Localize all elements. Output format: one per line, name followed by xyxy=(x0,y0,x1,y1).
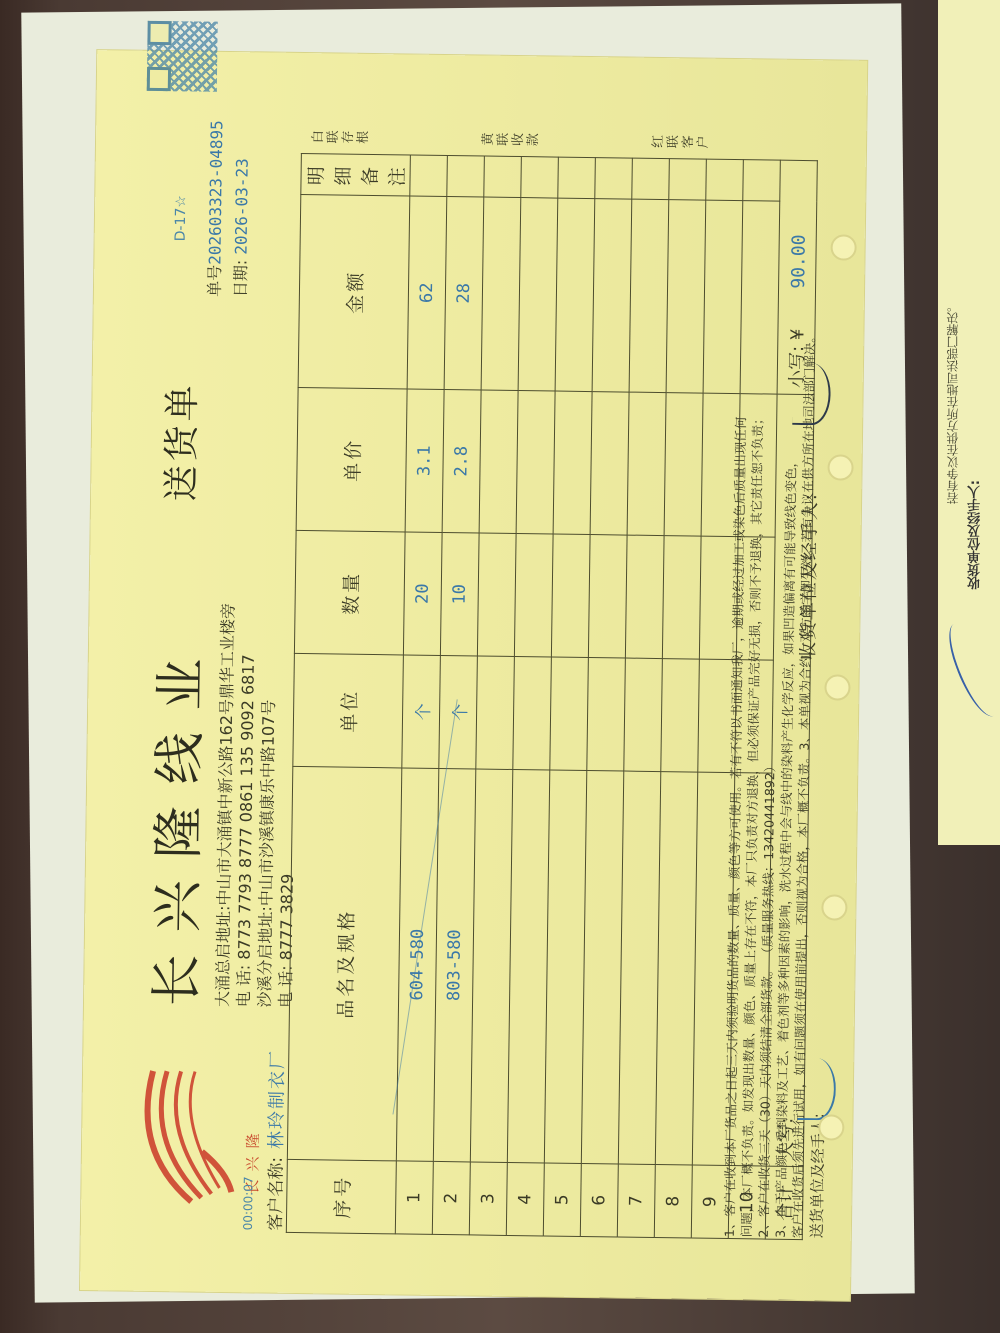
cell-price xyxy=(627,392,666,536)
cell-note xyxy=(410,155,448,197)
cell-price xyxy=(664,393,703,537)
header-unit: 单位 xyxy=(293,653,404,768)
adjacent-slip-terms: 若有争议在供方所在地司法部门解决。 xyxy=(944,300,964,504)
cell-unit xyxy=(587,658,626,772)
customer-value: 林玲制衣厂 xyxy=(266,1049,288,1149)
company-name: 长兴隆线业 xyxy=(134,636,214,1007)
cell-amount xyxy=(666,200,706,393)
cell-price: 2.8 xyxy=(442,389,481,533)
cell-unit xyxy=(476,656,515,770)
cell-seq: 8 xyxy=(654,1165,692,1239)
cell-amount xyxy=(555,198,595,391)
cell-amount: 28 xyxy=(444,197,484,390)
cell-name: 803-580 xyxy=(433,768,475,1161)
cell-amount xyxy=(592,199,632,392)
receiver-signature-label: 收货单位及经手人: xyxy=(794,492,822,660)
cell-name xyxy=(507,769,549,1162)
copy-label-red: 红联客户 xyxy=(651,134,711,149)
cell-seq: 2 xyxy=(432,1161,470,1235)
header-price: 单价 xyxy=(296,387,407,532)
hole-icon xyxy=(821,894,847,920)
cell-qty xyxy=(551,534,590,658)
table-header-row: 序号 品名及规格 单位 数量 单价 金额 明细备注 xyxy=(286,153,410,1233)
company-address-block: 大涌总启地址:中山市大涌镇中新公路162号鼎华工业楼旁 电 话: 8773 77… xyxy=(212,603,302,1008)
copy-label-white: 白联存根 xyxy=(311,129,371,144)
date-label: 日期: xyxy=(231,260,251,298)
customer-code: 00:00:07 xyxy=(241,1176,256,1230)
cell-price xyxy=(590,392,629,536)
cell-unit xyxy=(624,658,663,772)
cell-qty xyxy=(477,533,516,657)
cell-unit xyxy=(513,657,552,771)
header-note: 明细备注 xyxy=(301,153,411,196)
branch-address-label: 沙溪分启地址: xyxy=(255,906,275,1008)
cell-note xyxy=(632,158,670,200)
cell-name xyxy=(581,771,623,1164)
order-meta: 单号202603323-04895 日期: 2026-03-23 xyxy=(202,120,256,297)
cell-qty: 10 xyxy=(440,532,479,656)
hole-icon xyxy=(824,674,850,700)
document-title: 送货单 xyxy=(153,381,206,502)
adjacent-slip-signature xyxy=(942,618,1000,723)
order-no-label: 单号 xyxy=(205,265,224,297)
qr-code-icon xyxy=(147,21,218,92)
delivery-slip: 长兴隆 长兴隆线业 送货单 大涌总启地址:中山市大涌镇中新公路162号鼎华工业楼… xyxy=(80,50,867,1301)
adjacent-slip-receiver-label: 收货单位及经手人: xyxy=(966,480,985,589)
cell-note xyxy=(558,157,596,199)
cell-seq: 5 xyxy=(543,1163,581,1237)
cell-price: 3.1 xyxy=(405,389,444,533)
cell-note xyxy=(447,156,485,198)
cell-note xyxy=(484,156,522,198)
hq-phone-label: 电 话: xyxy=(234,965,254,1008)
cell-qty xyxy=(514,534,553,658)
cell-name xyxy=(544,770,586,1163)
cell-name: 604-580 xyxy=(396,768,438,1161)
cell-note xyxy=(743,160,781,202)
adjacent-delivery-slip: 若有争议在供方所在地司法部门解决。 收货单位及经手人: xyxy=(938,0,1000,845)
cell-seq: 6 xyxy=(580,1163,618,1237)
cell-note xyxy=(706,159,744,201)
cell-seq: 1 xyxy=(395,1161,433,1235)
cell-amount xyxy=(481,197,521,390)
cell-amount xyxy=(629,199,669,392)
cell-name xyxy=(618,771,660,1164)
hole-icon xyxy=(818,1114,844,1140)
cell-name xyxy=(655,772,697,1165)
cell-note xyxy=(521,157,559,199)
cell-unit xyxy=(661,659,700,773)
cell-qty: 20 xyxy=(403,532,442,656)
header-seq: 序号 xyxy=(286,1159,396,1234)
cell-price xyxy=(479,390,518,534)
cell-unit: 个 xyxy=(439,655,478,769)
cell-note xyxy=(669,159,707,201)
cell-price xyxy=(553,391,592,535)
cell-qty xyxy=(588,535,627,659)
company-logo-icon xyxy=(131,1061,243,1213)
customer-label: 客户名称: xyxy=(266,1157,287,1231)
cell-unit: 个 xyxy=(402,655,441,769)
cell-qty xyxy=(662,536,701,660)
cell-amount xyxy=(518,198,558,391)
customer-field: 客户名称:林玲制衣厂 xyxy=(261,1049,290,1231)
header-qty: 数量 xyxy=(294,530,405,655)
order-no-value: 202603323-04895 xyxy=(205,120,226,265)
cell-seq: 7 xyxy=(617,1164,655,1238)
cell-seq: 4 xyxy=(506,1162,544,1236)
date-value: 2026-03-23 xyxy=(231,158,251,255)
hole-icon xyxy=(830,234,856,260)
stamp-code: D-17☆ xyxy=(173,195,190,241)
cell-unit xyxy=(550,657,589,771)
cell-name xyxy=(470,769,512,1162)
cell-qty xyxy=(625,535,664,659)
cell-note xyxy=(595,158,633,200)
cell-amount: 62 xyxy=(407,196,447,389)
copy-label-yellow: 黄联收款 xyxy=(481,131,541,146)
cell-seq: 3 xyxy=(469,1162,507,1236)
header-name: 品名及规格 xyxy=(287,766,401,1160)
branch-address-value: 中山市沙溪镇康乐中路107号 xyxy=(256,699,278,906)
cell-price xyxy=(516,391,555,535)
hq-address-label: 大涌总启地址: xyxy=(213,905,233,1007)
hole-icon xyxy=(827,454,853,480)
copy-labels: 白联存根 黄联收款 红联客户 xyxy=(311,103,822,150)
header-amount: 金额 xyxy=(298,194,410,389)
